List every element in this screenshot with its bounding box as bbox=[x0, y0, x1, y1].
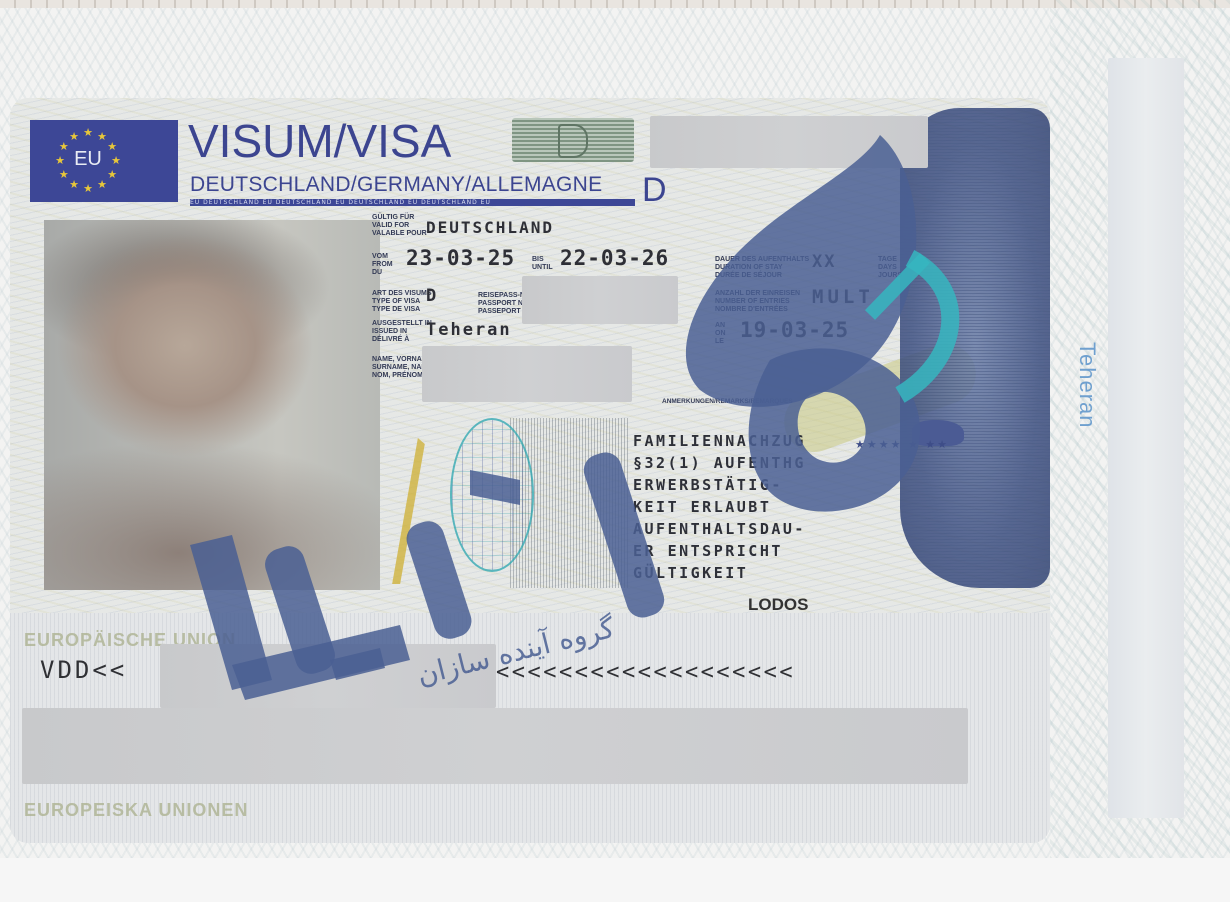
mrz-line1-filler: <<<<<<<<<<<<<<<<<<< bbox=[496, 660, 795, 685]
visa-title: VISUM/VISA bbox=[188, 114, 451, 168]
until-label: BIS UNTIL bbox=[532, 256, 553, 272]
page-stitching bbox=[0, 0, 1230, 8]
redacted-side-strip bbox=[1108, 58, 1184, 818]
kinegram-letter: D bbox=[558, 124, 588, 158]
security-guilloche bbox=[900, 108, 1050, 588]
svg-text:★: ★ bbox=[97, 178, 107, 191]
duration-value: XX bbox=[812, 252, 836, 272]
eu-flag-label: EU bbox=[14, 148, 162, 171]
svg-text:★: ★ bbox=[83, 182, 93, 195]
issued-on-value: 19-03-25 bbox=[740, 318, 849, 342]
issuing-stamp: Teheran bbox=[1060, 342, 1100, 482]
redacted-visa-number bbox=[650, 116, 928, 168]
from-label: VOM FROM DU bbox=[372, 253, 393, 277]
mrz-line1-start: VDD<< bbox=[40, 656, 127, 684]
globe-hologram-icon bbox=[450, 418, 534, 572]
country-code: D bbox=[642, 171, 667, 210]
printer-mark: LODOS bbox=[748, 595, 808, 615]
remarks-text: FAMILIENNACHZUG §32(1) AUFENTHG ERWERBST… bbox=[633, 430, 806, 584]
issued-in-label: AUSGESTELLT IN ISSUED IN DÉLIVRÉ À bbox=[372, 320, 432, 344]
issued-in-value: Teheran bbox=[426, 320, 512, 340]
svg-text:★: ★ bbox=[97, 130, 107, 143]
remarks-label: ANMERKUNGEN/REMARKS/REMARQUES bbox=[662, 398, 793, 406]
holder-photo-blurred bbox=[44, 220, 380, 590]
visa-sticker: ★★★★ ★ ★★ ★★★★★★★★★★★★ EU VISUM/VISA D D… bbox=[10, 98, 1050, 843]
issued-on-label: AN ON LE bbox=[715, 322, 726, 346]
page-bottom-margin bbox=[0, 858, 1230, 902]
svg-text:★: ★ bbox=[83, 126, 93, 139]
entries-label: ANZAHL DER EINREISEN NUMBER OF ENTRIES N… bbox=[715, 290, 800, 314]
issuing-country: DEUTSCHLAND/GERMANY/ALLEMAGNE bbox=[190, 173, 602, 197]
valid-for-label: GÜLTIG FÜR VALID FOR VALABLE POUR bbox=[372, 214, 427, 238]
entries-value: MULT bbox=[812, 286, 874, 308]
svg-text:★: ★ bbox=[69, 178, 79, 191]
valid-until: 22-03-26 bbox=[560, 246, 669, 270]
stars-decoration: ★★★★ ★ ★★ bbox=[855, 438, 949, 451]
redacted-mrz-line2 bbox=[22, 708, 968, 784]
duration-unit: TAGE DAYS JOURS bbox=[878, 256, 902, 280]
eu-flag-icon: ★★★★★★★★★★★★ EU bbox=[30, 120, 178, 202]
kinegram-d-icon: D bbox=[512, 118, 634, 162]
redacted-mrz-name bbox=[160, 644, 496, 708]
svg-text:★: ★ bbox=[69, 130, 79, 143]
valid-from: 23-03-25 bbox=[406, 246, 515, 270]
microprint-band: EU DEUTSCHLAND EU DEUTSCHLAND EU DEUTSCH… bbox=[190, 199, 635, 206]
duration-label: DAUER DES AUFENTHALTS DURATION OF STAY D… bbox=[715, 256, 809, 280]
background-eu-text-bottom: EUROPEISKA UNIONEN bbox=[24, 800, 248, 821]
visa-type-label: ART DES VISUMS TYPE OF VISA TYPE DE VISA bbox=[372, 290, 432, 314]
visa-type-value: D bbox=[426, 286, 438, 306]
valid-for-value: DEUTSCHLAND bbox=[426, 218, 554, 237]
redacted-holder-name bbox=[422, 346, 632, 402]
redacted-passport-number bbox=[522, 276, 678, 324]
